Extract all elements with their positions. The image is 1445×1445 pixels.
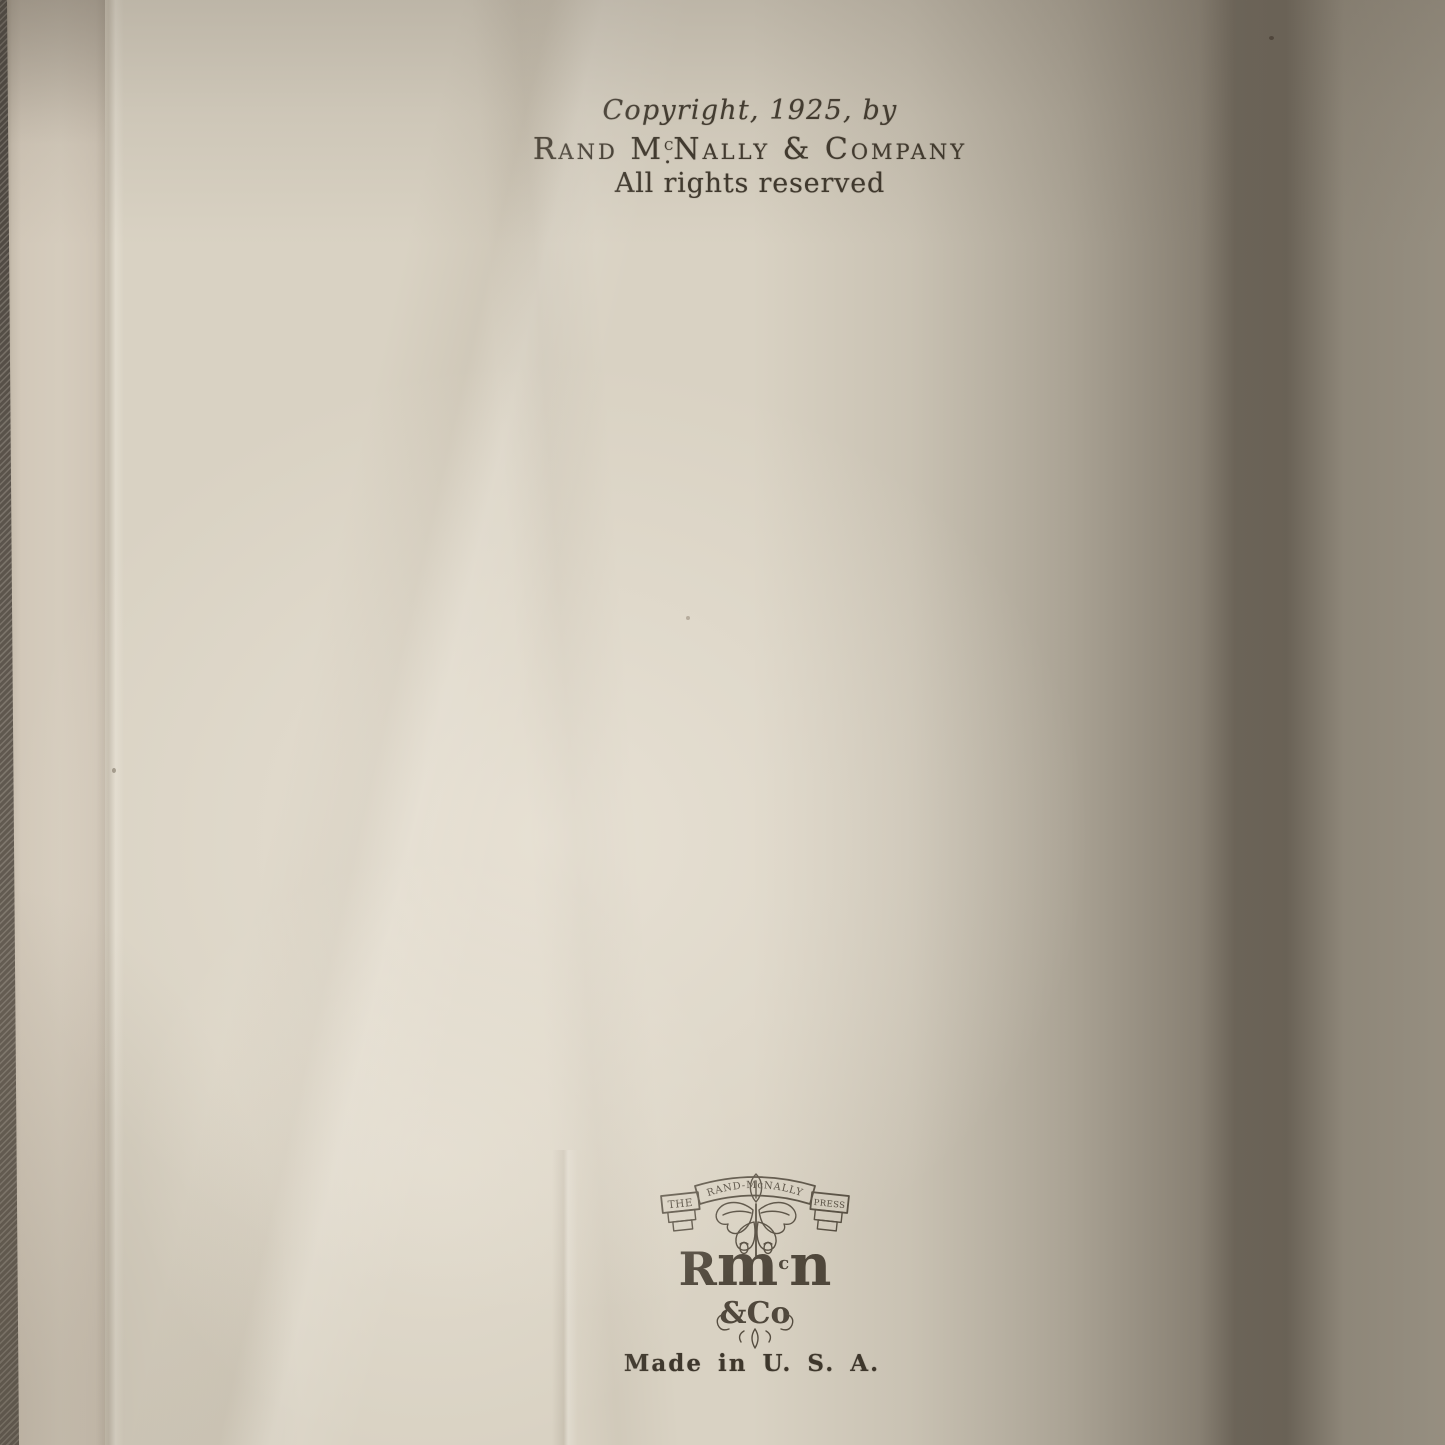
copyright-line: Copyright, 1925, by bbox=[533, 94, 967, 128]
publisher-prefix: Rand M bbox=[533, 132, 664, 167]
made-in-usa: Made in U. S. A. bbox=[624, 1350, 880, 1377]
book-photo: Copyright, 1925, by Rand Mc.Nally & Comp… bbox=[0, 0, 1445, 1445]
mc-superscript: c. bbox=[664, 128, 673, 167]
publisher-suffix: Nally & Company bbox=[673, 132, 967, 167]
ampersand-co-ornament: &Co bbox=[717, 1296, 793, 1348]
rights-line: All rights reserved bbox=[533, 167, 967, 201]
scroll-the-text: THE bbox=[667, 1197, 693, 1212]
publisher-line: Rand Mc.Nally & Company bbox=[533, 128, 967, 167]
ampersand-co-text: &Co bbox=[720, 1296, 791, 1331]
page-fore-edge bbox=[5, 0, 105, 1445]
scroll-the: THE bbox=[661, 1192, 702, 1232]
printer-device-logo: RAND-McNALLY THE PRESS bbox=[655, 1158, 855, 1354]
monogram: Rmcn bbox=[679, 1231, 832, 1299]
scroll-press: PRESS bbox=[808, 1192, 849, 1232]
copyright-block: Copyright, 1925, by Rand Mc.Nally & Comp… bbox=[533, 94, 967, 201]
page-fold-crease bbox=[96, 0, 124, 1445]
paper-crease bbox=[552, 1150, 578, 1445]
